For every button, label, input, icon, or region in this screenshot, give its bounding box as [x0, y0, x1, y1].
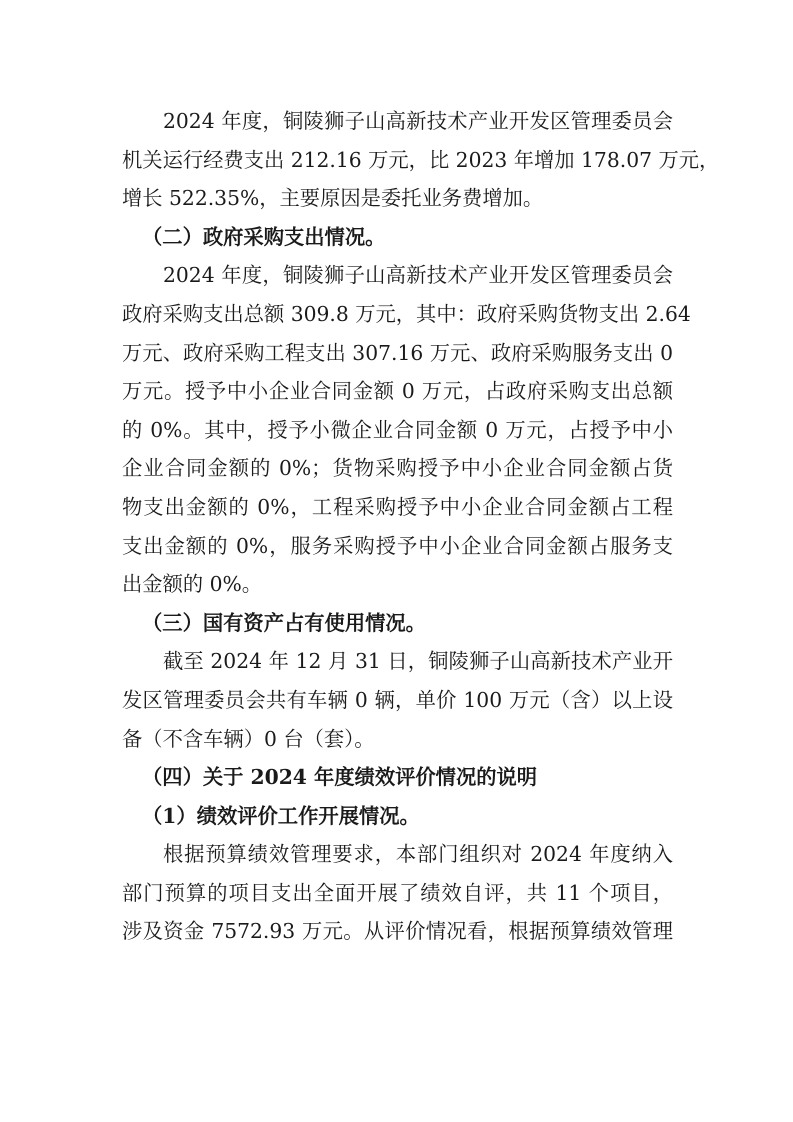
paragraph-line: 涉及资金 7572.93 万元。从评价情况看，根据预算绩效管理 — [122, 912, 673, 951]
document-page: 2024 年度，铜陵狮子山高新技术产业开发区管理委员会 机关运行经费支出 212… — [122, 102, 673, 951]
section-heading-performance: （四）关于 2024 年度绩效评价情况的说明 — [122, 758, 673, 797]
paragraph-line: 2024 年度，铜陵狮子山高新技术产业开发区管理委员会 — [122, 256, 673, 295]
paragraph-line: 支出金额的 0%，服务采购授予中小企业合同金额占服务支 — [122, 527, 673, 566]
paragraph-line: 发区管理委员会共有车辆 0 辆，单价 100 万元（含）以上设 — [122, 681, 673, 720]
paragraph-line: 增长 522.35%，主要原因是委托业务费增加。 — [122, 179, 673, 218]
paragraph-line: 部门预算的项目支出全面开展了绩效自评，共 11 个项目， — [122, 874, 673, 913]
paragraph-line: 根据预算绩效管理要求，本部门组织对 2024 年度纳入 — [122, 835, 673, 874]
paragraph-line: 机关运行经费支出 212.16 万元，比 2023 年增加 178.07 万元， — [122, 141, 673, 180]
section-heading-state-assets: （三）国有资产占有使用情况。 — [122, 604, 673, 643]
paragraph-line: 万元。授予中小企业合同金额 0 万元，占政府采购支出总额 — [122, 372, 673, 411]
paragraph-line: 企业合同金额的 0%；货物采购授予中小企业合同金额占货 — [122, 449, 673, 488]
paragraph-line: 物支出金额的 0%，工程采购授予中小企业合同金额占工程 — [122, 488, 673, 527]
paragraph-line: 的 0%。其中，授予小微企业合同金额 0 万元，占授予中小 — [122, 411, 673, 450]
paragraph-line: 出金额的 0%。 — [122, 565, 673, 604]
paragraph-line: 备（不含车辆）0 台（套）。 — [122, 720, 673, 759]
subsection-heading-evaluation: （1）绩效评价工作开展情况。 — [122, 797, 673, 836]
paragraph-line: 2024 年度，铜陵狮子山高新技术产业开发区管理委员会 — [122, 102, 673, 141]
paragraph-line: 万元、政府采购工程支出 307.16 万元、政府采购服务支出 0 — [122, 334, 673, 373]
paragraph-line: 政府采购支出总额 309.8 万元，其中：政府采购货物支出 2.64 — [122, 295, 673, 334]
paragraph-line: 截至 2024 年 12 月 31 日，铜陵狮子山高新技术产业开 — [122, 642, 673, 681]
section-heading-procurement: （二）政府采购支出情况。 — [122, 218, 673, 257]
